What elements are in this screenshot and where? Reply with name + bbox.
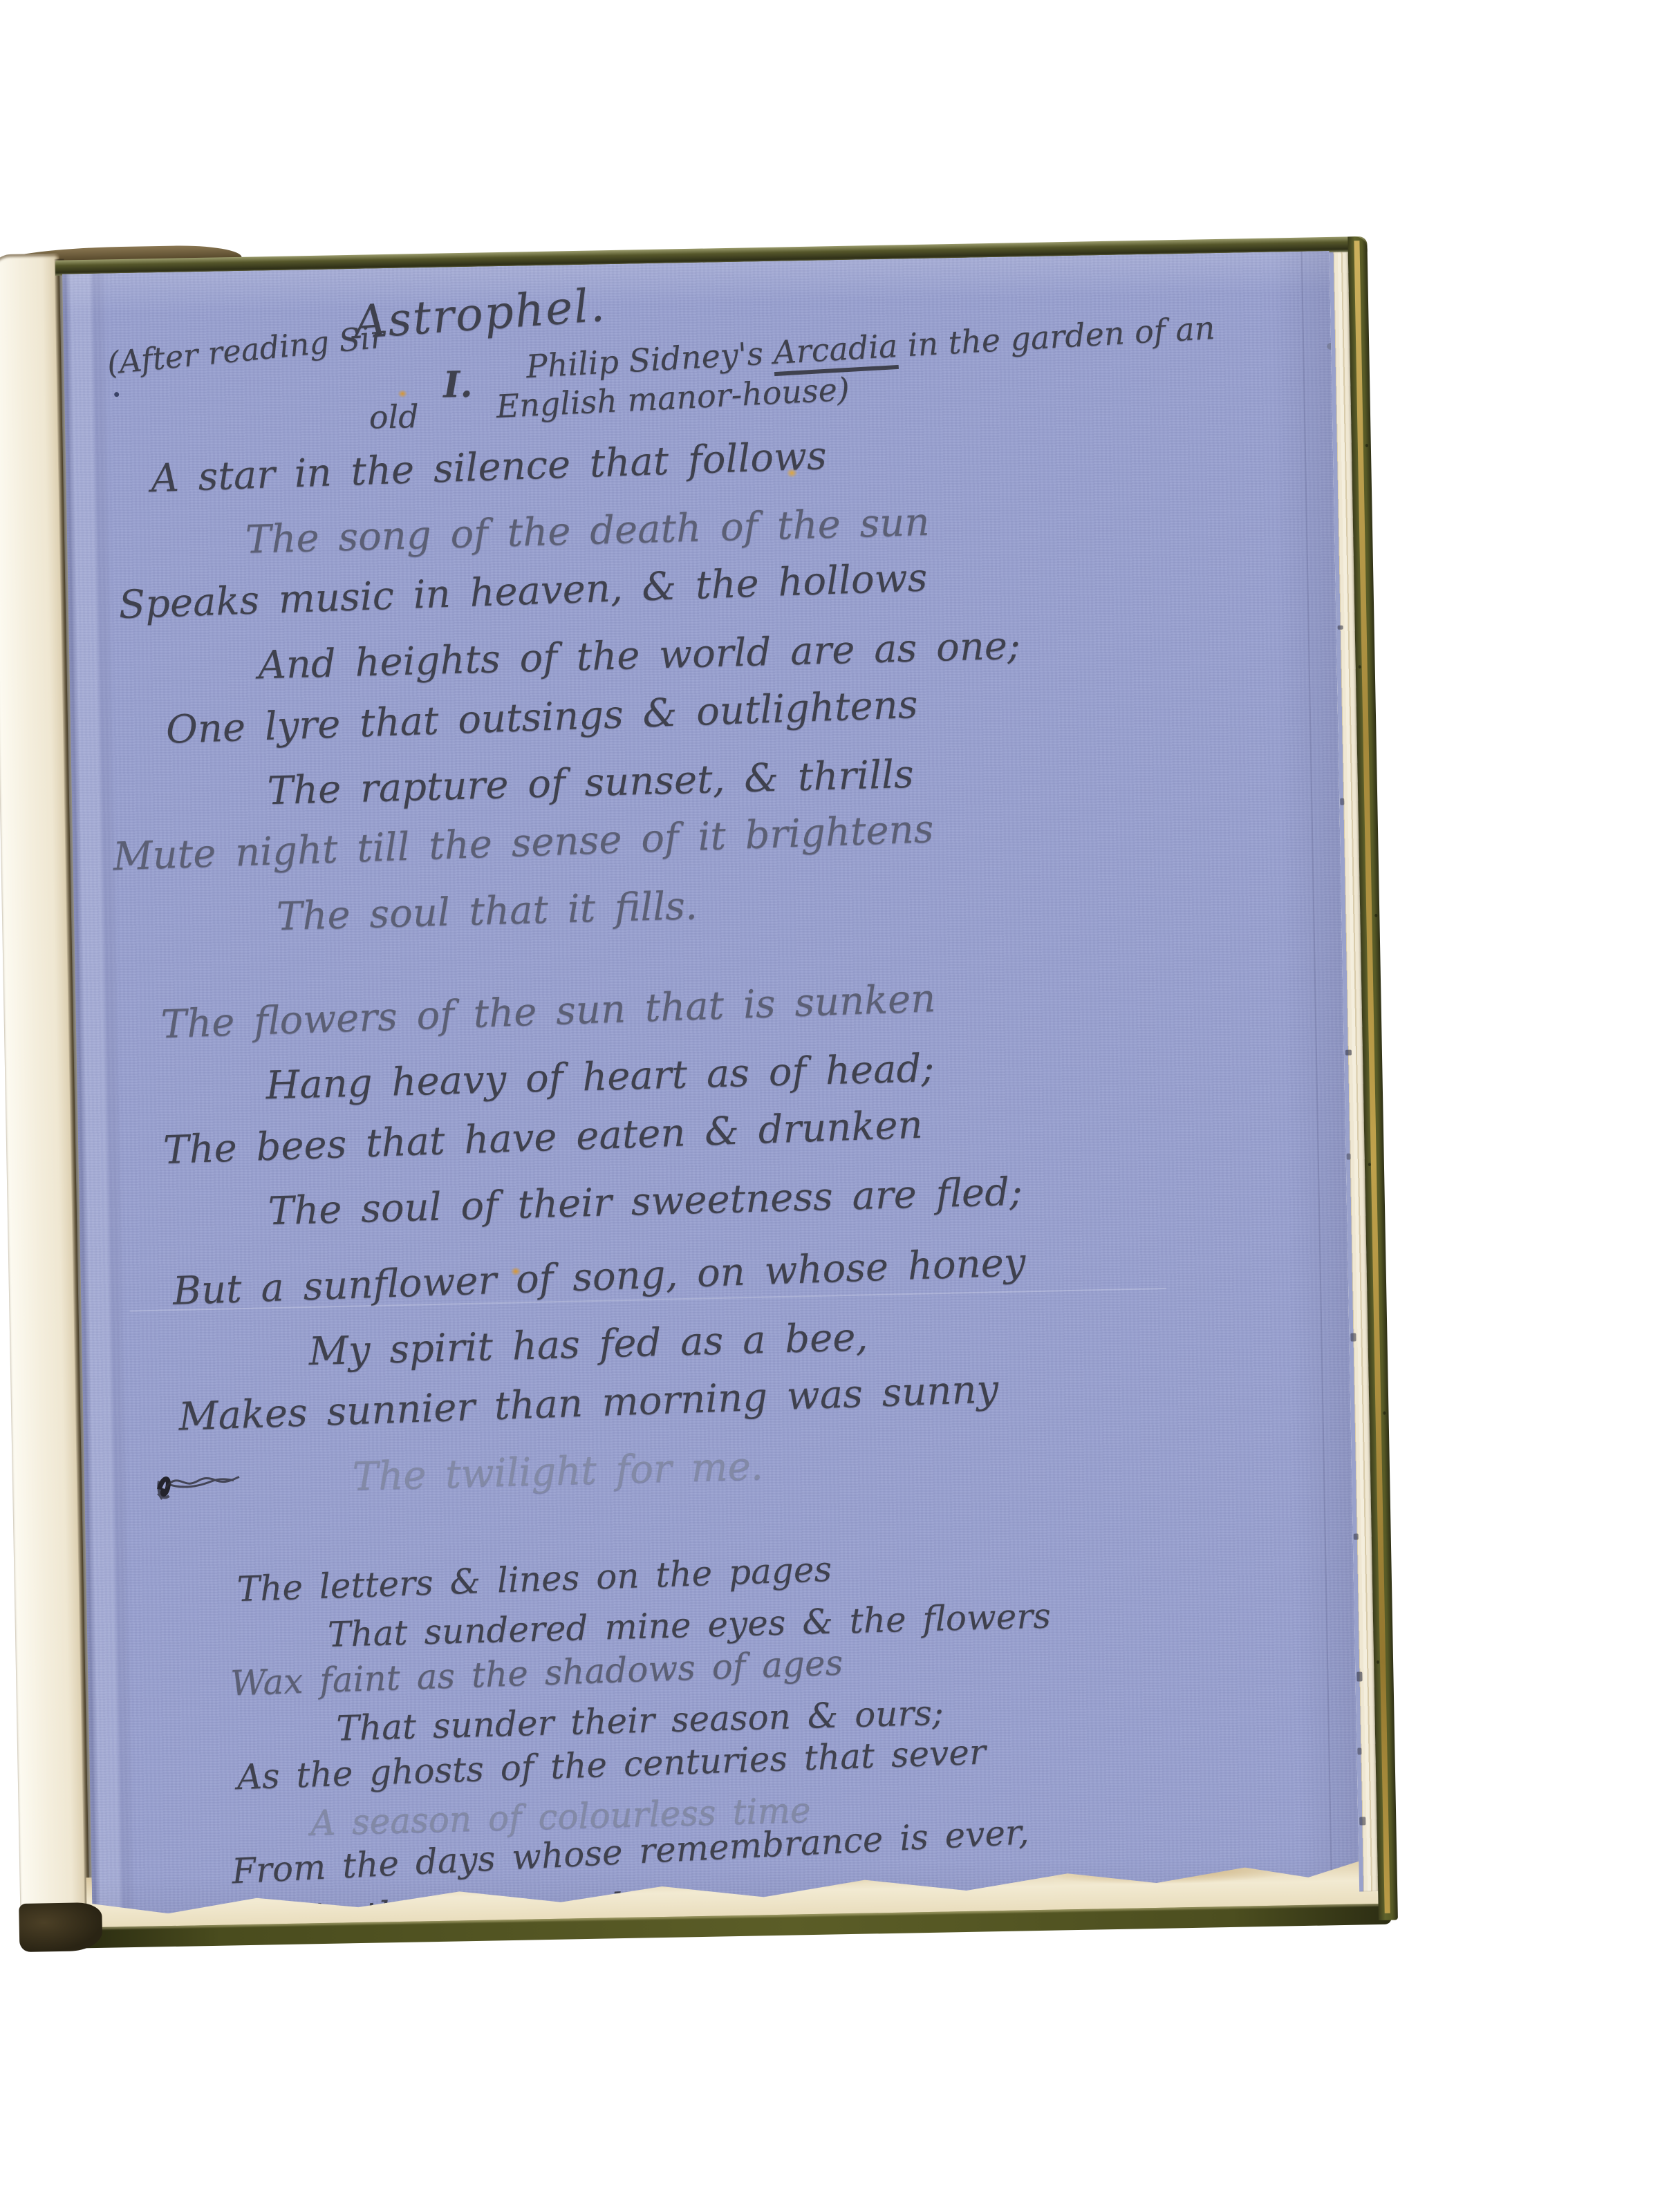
stanza: The flowers of the sun that is sunkenHan…	[75, 972, 1352, 1513]
subtitle-note-line1: (After reading Sir	[105, 318, 386, 382]
poem-line-text: The soul of their sweetness are fled;	[268, 1170, 1023, 1235]
poem-title: Astrophel.	[352, 279, 608, 350]
ink-showthrough-speck	[1340, 798, 1344, 805]
poem-line-text: The twilight for me.	[352, 1444, 763, 1500]
spine-tailcap	[19, 1902, 102, 1952]
ink-showthrough-speck	[1338, 626, 1343, 630]
poem-line-text: The soul that it fills.	[276, 883, 698, 939]
ink-showthrough-speck	[1356, 1671, 1362, 1681]
poem-line-text: The flowers of the sun that is sunken	[160, 976, 937, 1047]
subtitle-note-line2: Philip Sidney's Arcadia in the garden of…	[525, 309, 1215, 385]
poem-line-text: Makes sunnier than morning was sunny	[178, 1367, 999, 1439]
strikethrough-scribble	[150, 1453, 272, 1488]
ink-showthrough-speck	[1350, 1333, 1356, 1342]
handwriting-layer: Astrophel. (After reading Sir I. Philip …	[62, 251, 1359, 1926]
ink-showthrough-speck	[1345, 1050, 1352, 1056]
ink-showthrough-speck	[1357, 1747, 1361, 1754]
section-number: I.	[442, 364, 473, 406]
stanza: A star in the silence that followsThe so…	[66, 426, 1342, 952]
poem-line-text: Speaks music in heaven, & the hollows	[118, 555, 929, 628]
manuscript-photo: Astrophel. (After reading Sir I. Philip …	[0, 0, 1660, 2212]
poem-line-text: Mute night till the sense of it brighten…	[112, 807, 934, 879]
manuscript-page: Astrophel. (After reading Sir I. Philip …	[62, 251, 1359, 1926]
ink-showthrough-speck	[1347, 1154, 1351, 1160]
poem-line-text: But a sunflower of song, on whose honey	[172, 1240, 1027, 1314]
ink-showthrough-speck	[1359, 1817, 1365, 1825]
underlined-word: Arcadia	[772, 327, 899, 376]
notebook: Astrophel. (After reading Sir I. Philip …	[0, 242, 1398, 1956]
subtitle-note-line3-left: old	[369, 397, 419, 435]
ink-showthrough-speck	[1354, 1534, 1359, 1540]
poem-line-text: A star in the silence that follows	[150, 433, 827, 501]
